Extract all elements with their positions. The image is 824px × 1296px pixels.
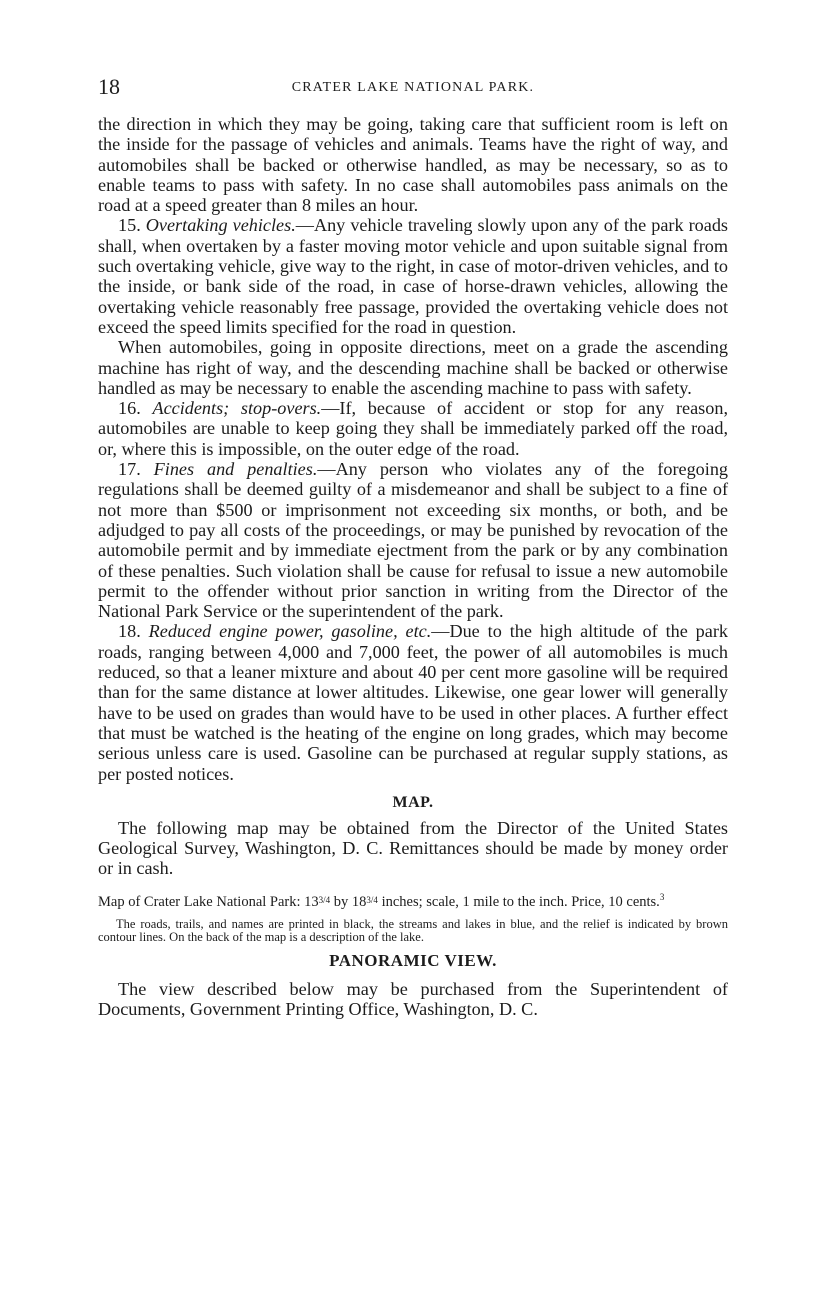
section-title: Fines and penalties.	[154, 459, 318, 479]
paragraph-continued: the direction in which they may be going…	[98, 114, 728, 215]
section-15: 15. Overtaking vehicles.—Any vehicle tra…	[98, 215, 728, 337]
section-title: Reduced engine power, gasoline, etc.	[149, 621, 432, 641]
section-number: 15.	[118, 215, 141, 235]
running-title: CRATER LAKE NATIONAL PARK.	[98, 80, 728, 96]
map-heading: MAP.	[98, 794, 728, 812]
fraction: 3/4	[319, 895, 331, 905]
section-18: 18. Reduced engine power, gasoline, etc.…	[98, 621, 728, 783]
fraction: 3/4	[366, 895, 378, 905]
map-note: The roads, trails, and names are printed…	[98, 918, 728, 945]
panoramic-intro: The view described below may be purchase…	[98, 979, 728, 1020]
section-16: 16. Accidents; stop-overs.—If, because o…	[98, 398, 728, 459]
document-page: 18 CRATER LAKE NATIONAL PARK. the direct…	[98, 74, 728, 1019]
section-body: —Due to the high altitude of the park ro…	[98, 621, 728, 783]
page-header: 18 CRATER LAKE NATIONAL PARK.	[98, 74, 728, 114]
section-number: 17.	[118, 459, 141, 479]
section-number: 18.	[118, 621, 141, 641]
footnote-mark: 3	[660, 892, 665, 902]
section-title: Accidents; stop-overs.	[152, 398, 321, 418]
paragraph-opposite-directions: When automobiles, going in opposite dire…	[98, 337, 728, 398]
map-entry: Map of Crater Lake National Park: 133/4 …	[98, 889, 728, 910]
section-number: 16.	[118, 398, 141, 418]
section-title: Overtaking vehicles.	[146, 215, 296, 235]
section-17: 17. Fines and penalties.—Any person who …	[98, 459, 728, 621]
map-intro: The following map may be obtained from t…	[98, 818, 728, 879]
panoramic-heading: PANORAMIC VIEW.	[98, 951, 728, 971]
section-body: —Any person who violates any of the fore…	[98, 459, 728, 621]
